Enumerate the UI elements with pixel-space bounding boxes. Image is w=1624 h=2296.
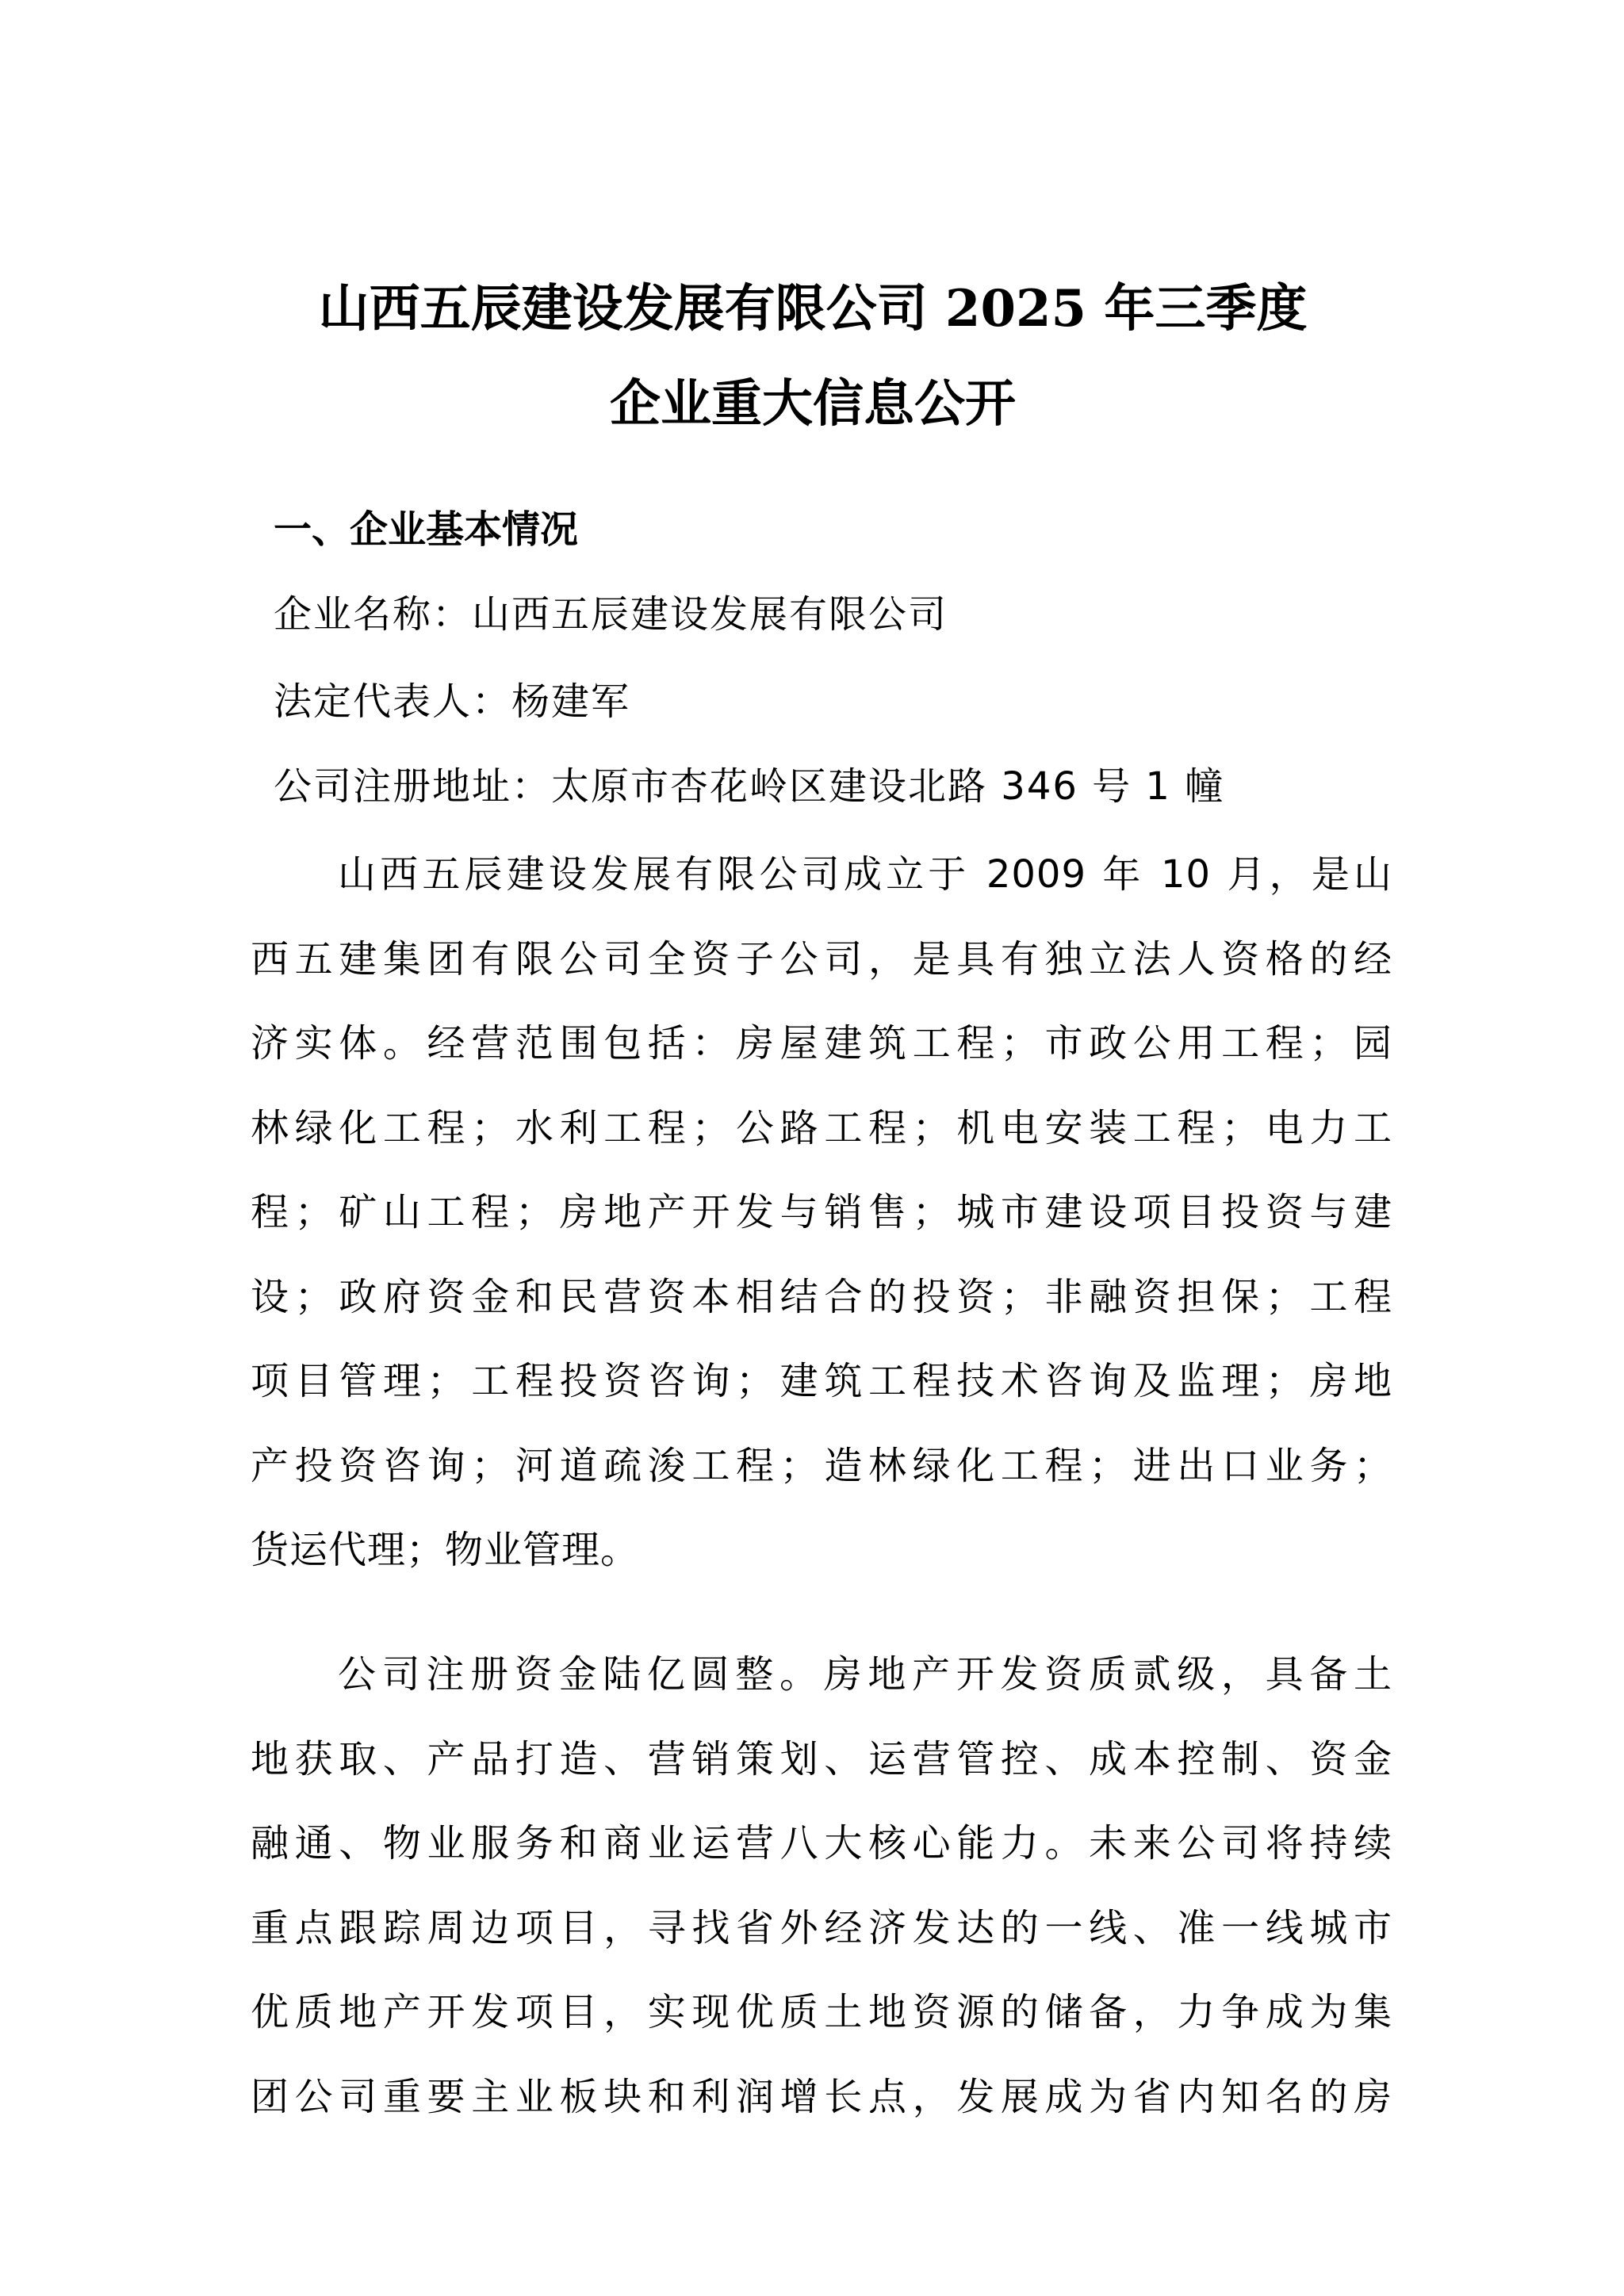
paragraph-line: 公司注册资金陆亿圆整。房地产开发资质贰级，具备土: [251, 1651, 1392, 1735]
field-value: 山西五辰建设发展有限公司: [472, 592, 948, 637]
document-title-line-1: 山西五辰建设发展有限公司 2025 年三季度: [238, 281, 1388, 338]
paragraph-company-overview: 山西五辰建设发展有限公司成立于 2009 年 10 月，是山 西五建集团有限公司…: [251, 851, 1392, 1611]
field-registered-address: 公司注册地址：太原市杏花岭区建设北路 346 号 1 幢: [274, 763, 1224, 810]
paragraph-line: 项目管理；工程投资咨询；建筑工程技术咨询及监理；房地: [251, 1357, 1392, 1442]
field-label: 公司注册地址：: [274, 764, 551, 809]
paragraph-line: 优质地产开发项目，实现优质土地资源的储备，力争成为集: [251, 1988, 1392, 2073]
paragraph-line: 产投资咨询；河道疏浚工程；造林绿化工程；进出口业务；: [251, 1442, 1392, 1527]
paragraph-capital-and-strategy: 公司注册资金陆亿圆整。房地产开发资质贰级，具备土 地获取、产品打造、营销策划、运…: [251, 1651, 1392, 2157]
document-title-line-2: 企业重大信息公开: [238, 376, 1388, 433]
paragraph-line: 林绿化工程；水利工程；公路工程；机电安装工程；电力工: [251, 1104, 1392, 1189]
paragraph-line: 济实体。经营范围包括：房屋建筑工程；市政公用工程；园: [251, 1020, 1392, 1104]
field-label: 法定代表人：: [274, 679, 511, 724]
document-page: 山西五辰建设发展有限公司 2025 年三季度 企业重大信息公开 一、企业基本情况…: [0, 0, 1624, 2296]
section-heading-basic-info: 一、企业基本情况: [274, 506, 578, 553]
paragraph-line: 地获取、产品打造、营销策划、运营管控、成本控制、资金: [251, 1735, 1392, 1820]
paragraph-line: 货运代理；物业管理。: [251, 1526, 1392, 1611]
paragraph-line: 团公司重要主业板块和利润增长点，发展成为省内知名的房: [251, 2073, 1392, 2158]
paragraph-line: 融通、物业服务和商业运营八大核心能力。未来公司将持续: [251, 1820, 1392, 1904]
paragraph-line: 程；矿山工程；房地产开发与销售；城市建设项目投资与建: [251, 1188, 1392, 1273]
field-label: 企业名称：: [274, 592, 472, 637]
paragraph-line: 山西五辰建设发展有限公司成立于 2009 年 10 月，是山: [251, 851, 1392, 936]
field-company-name: 企业名称：山西五辰建设发展有限公司: [274, 591, 948, 638]
field-value: 杨建军: [511, 679, 630, 724]
field-value: 太原市杏花岭区建设北路 346 号 1 幢: [551, 764, 1224, 809]
field-legal-representative: 法定代表人：杨建军: [274, 678, 630, 725]
paragraph-line: 重点跟踪周边项目，寻找省外经济发达的一线、准一线城市: [251, 1904, 1392, 1989]
paragraph-line: 西五建集团有限公司全资子公司，是具有独立法人资格的经: [251, 936, 1392, 1020]
paragraph-line: 设；政府资金和民营资本相结合的投资；非融资担保；工程: [251, 1273, 1392, 1358]
